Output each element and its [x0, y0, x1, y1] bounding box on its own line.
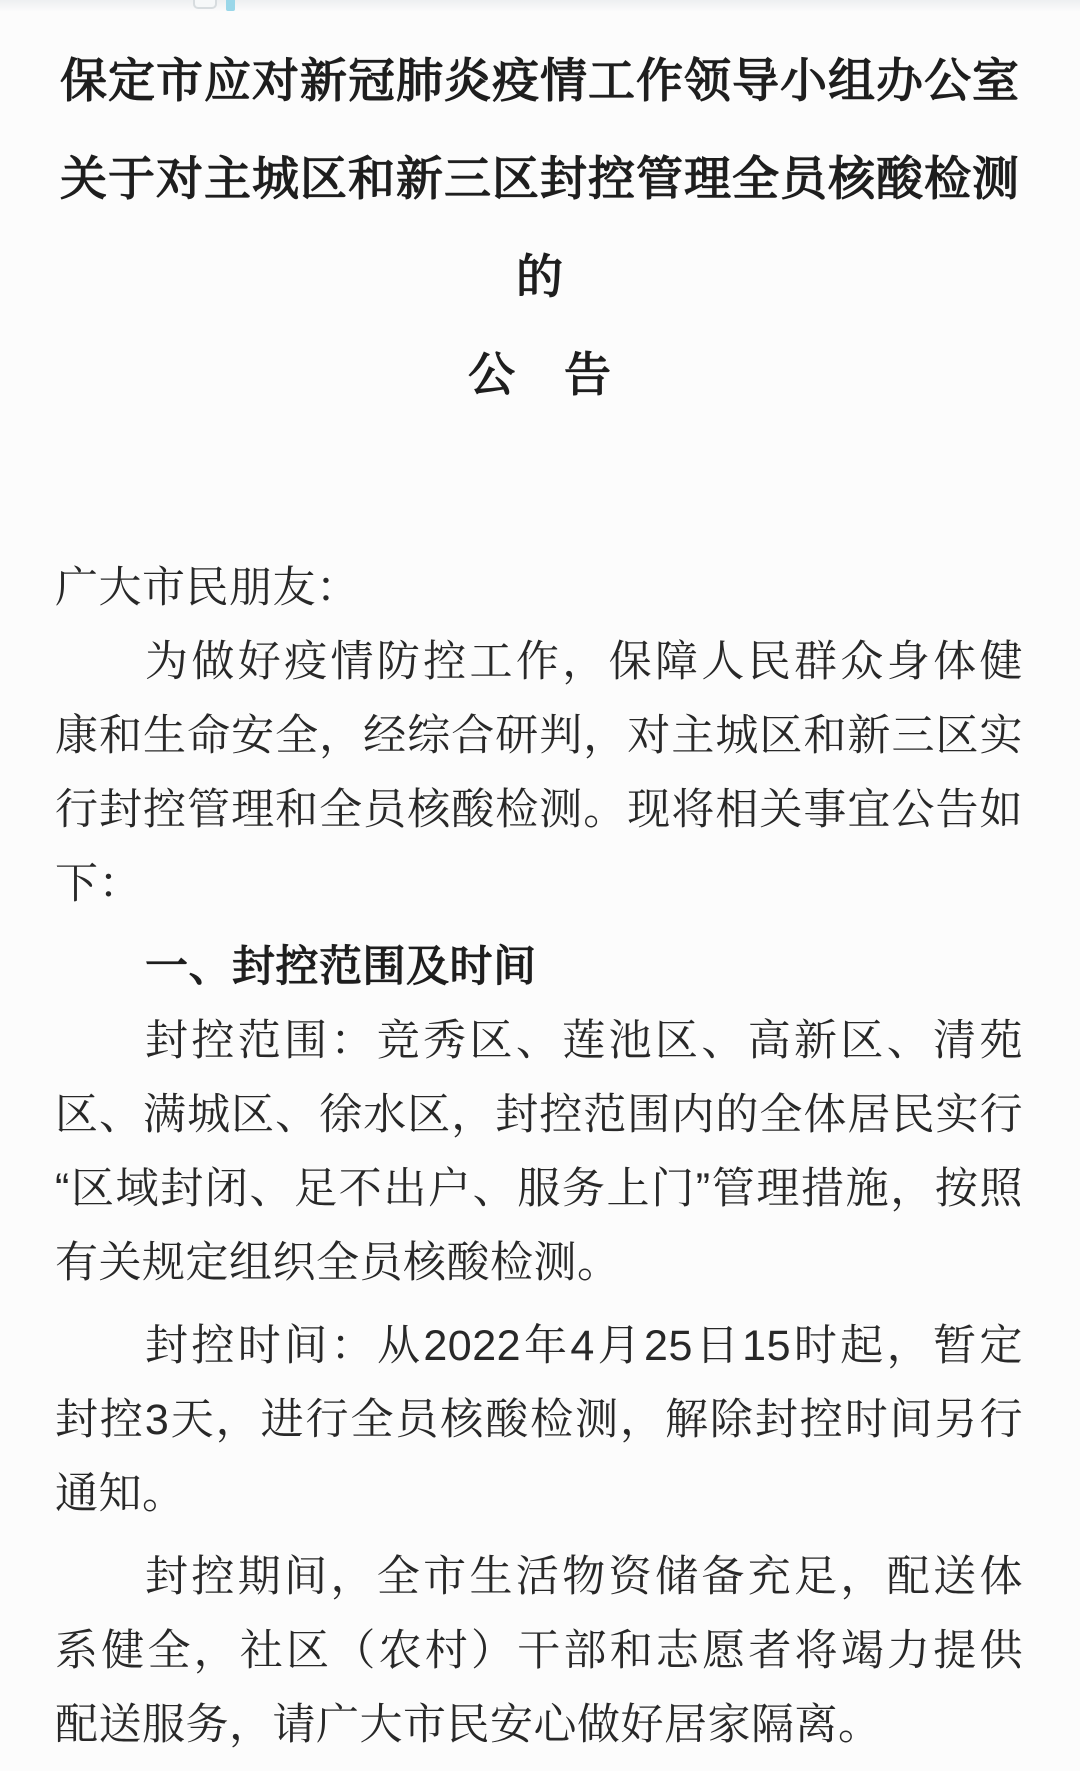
title-line-subject: 关于对主城区和新三区封控管理全员核酸检测 [0, 130, 1080, 228]
body-line: 行封控管理和全员核酸检测。现将相关事宜公告如 [55, 773, 1023, 847]
body-line: 封控期间，全市生活物资储备充足，配送体 [55, 1540, 1023, 1614]
body-line: 配送服务，请广大市民安心做好居家隔离。 [55, 1688, 1023, 1762]
body-line: 康和生命安全，经综合研判，对主城区和新三区实 [55, 699, 1023, 773]
cropped-blue-bar-icon [226, 0, 235, 11]
body-line: 封控时间：从2022年4月25日15时起，暂定 [55, 1309, 1023, 1383]
body-line: 通知。 [55, 1457, 1023, 1531]
title-line-issuer: 保定市应对新冠肺炎疫情工作领导小组办公室 [0, 32, 1080, 130]
salutation: 广大市民朋友： [55, 551, 1023, 625]
body-line: 封控3天，进行全员核酸检测，解除封控时间另行 [55, 1383, 1023, 1457]
announcement-document: 保定市应对新冠肺炎疫情工作领导小组办公室 关于对主城区和新三区封控管理全员核酸检… [0, 0, 1080, 1771]
cropped-box-icon [193, 0, 217, 9]
body-line: 封控范围：竞秀区、莲池区、高新区、清苑 [55, 1004, 1023, 1078]
body-line: 系健全，社区（农村）干部和志愿者将竭力提供 [55, 1614, 1023, 1688]
title-line-gonggao: 公 告 [0, 326, 1080, 424]
title-line-de: 的 [0, 228, 1080, 326]
section-heading: 一、封控范围及时间 [55, 930, 1023, 1004]
cropped-toolbar-strip [0, 0, 1080, 12]
body-line: 有关规定组织全员核酸检测。 [55, 1226, 1023, 1300]
body-line: “区域封闭、足不出户、服务上门”管理措施，按照 [55, 1152, 1023, 1226]
body-line: 下： [55, 847, 1023, 921]
body-line: 为做好疫情防控工作，保障人民群众身体健 [55, 625, 1023, 699]
document-title-block: 保定市应对新冠肺炎疫情工作领导小组办公室 关于对主城区和新三区封控管理全员核酸检… [0, 32, 1080, 424]
body-line: 区、满城区、徐水区，封控范围内的全体居民实行 [55, 1078, 1023, 1152]
document-body: 广大市民朋友： 为做好疫情防控工作，保障人民群众身体健 康和生命安全，经综合研判… [55, 551, 1023, 1762]
